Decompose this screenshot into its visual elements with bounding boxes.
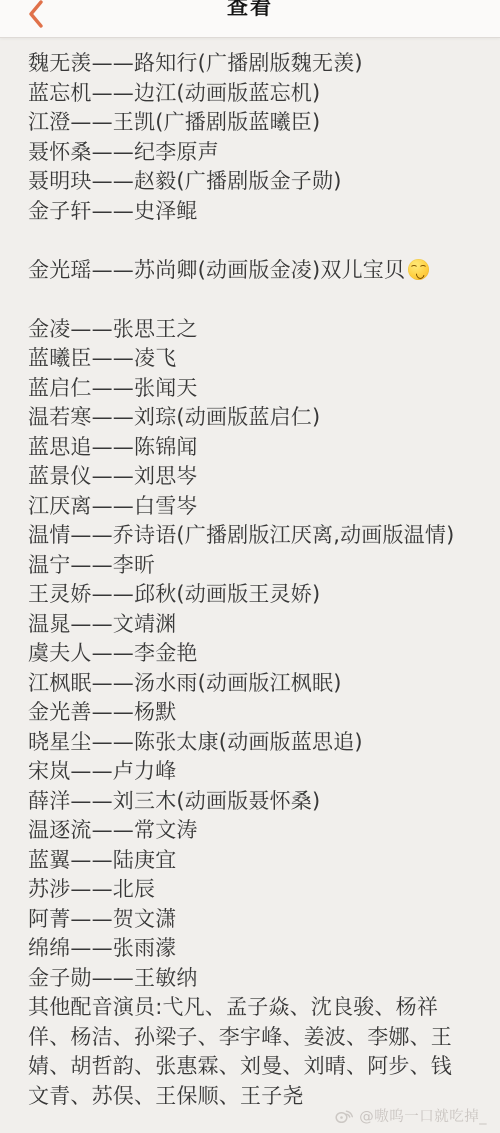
cast-line: 温若寒——刘琮(动画版蓝启仁) (28, 403, 472, 433)
cast-line: 金光善——杨默 (28, 698, 472, 728)
cast-line: 金光瑶——苏尚卿(动画版金凌)双儿宝贝 (28, 256, 472, 286)
cast-line: 金子轩——史泽鲲 (28, 197, 472, 227)
view-page: 查看 魏无羡——路知行(广播剧版魏无羡)蓝忘机——边江(动画版蓝忘机)江澄——王… (0, 0, 500, 1133)
cast-line: 江厌离——白雪岑 (28, 492, 472, 522)
cast-line: 苏涉——北辰 (28, 875, 472, 905)
cast-list: 魏无羡——路知行(广播剧版魏无羡)蓝忘机——边江(动画版蓝忘机)江澄——王凯(广… (0, 38, 500, 1111)
cast-line: 蓝曦臣——凌飞 (28, 344, 472, 374)
weibo-icon (335, 1107, 354, 1124)
cast-line: 蓝翼——陆庚宜 (28, 846, 472, 876)
cast-line: 薛洋——刘三木(动画版聂怀桑) (28, 787, 472, 817)
cast-line: 其他配音演员:弋凡、孟子焱、沈良骏、杨祥佯、杨洁、孙梁子、李宇峰、姜波、李娜、王… (28, 993, 452, 1111)
cast-line: 蓝景仪——刘思岑 (28, 462, 472, 492)
cast-line: 蓝思追——陈锦闻 (28, 433, 472, 463)
cast-line: 金凌——张思王之 (28, 315, 472, 345)
cast-line: 聂明玦——赵毅(广播剧版金子勋) (28, 167, 472, 197)
header: 查看 (0, 0, 500, 38)
cast-line: 蓝忘机——边江(动画版蓝忘机) (28, 79, 472, 109)
cast-line: 江澄——王凯(广播剧版蓝曦臣) (28, 108, 472, 138)
cast-line: 王灵娇——邱秋(动画版王灵娇) (28, 580, 472, 610)
kissing-face-smiling-eyes-emoji (408, 259, 429, 280)
cast-line: 温情——乔诗语(广播剧版江厌离,动画版温情) (28, 521, 472, 551)
cast-line: 蓝启仁——张闻天 (28, 374, 472, 404)
cast-line: 江枫眠——汤水雨(动画版江枫眠) (28, 669, 472, 699)
watermark-text: @嗷呜一口就吃掉_ (359, 1105, 487, 1126)
cast-line: 聂怀桑——纪李原声 (28, 138, 472, 168)
page-title: 查看 (0, 0, 500, 19)
cast-line (28, 285, 472, 315)
cast-line: 金子勋——王敏纳 (28, 964, 472, 994)
cast-line: 晓星尘——陈张太康(动画版蓝思追) (28, 728, 472, 758)
watermark: @嗷呜一口就吃掉_ (335, 1105, 487, 1126)
cast-line (28, 226, 472, 256)
cast-line: 魏无羡——路知行(广播剧版魏无羡) (28, 49, 472, 79)
cast-line: 虞夫人——李金艳 (28, 639, 472, 669)
cast-line: 温逐流——常文涛 (28, 816, 472, 846)
cast-line: 温晁——文靖渊 (28, 610, 472, 640)
cast-line: 绵绵——张雨濛 (28, 934, 472, 964)
cast-line: 阿菁——贺文潇 (28, 905, 472, 935)
cast-line: 温宁——李昕 (28, 551, 472, 581)
cast-line: 宋岚——卢力峰 (28, 757, 472, 787)
